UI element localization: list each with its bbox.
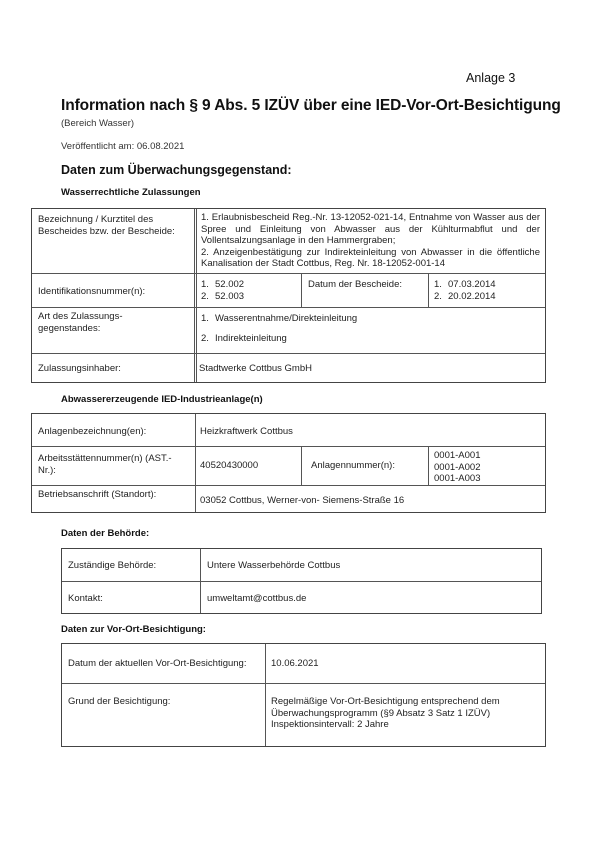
- row-divider: [32, 446, 545, 447]
- plant-number-item: 0001-A001: [434, 450, 480, 462]
- inspection-date-value: 10.06.2021: [271, 658, 319, 670]
- inspection-reason-value: Regelmäßige Vor-Ort-Besichtigung entspre…: [271, 696, 500, 731]
- page-title: Information nach § 9 Abs. 5 IZÜV über ei…: [61, 97, 561, 115]
- competent-authority-label: Zuständige Behörde:: [68, 560, 156, 572]
- row-divider: [62, 581, 541, 582]
- row-divider: [32, 353, 545, 354]
- address-value: 03052 Cottbus, Werner-von- Siemens-Straß…: [200, 495, 404, 507]
- plant-number-item: 0001-A002: [434, 462, 480, 474]
- date-label: Datum der Bescheide:: [308, 279, 402, 291]
- row-divider: [32, 273, 545, 274]
- page-subtitle: (Bereich Wasser): [61, 118, 134, 129]
- type-values: 1.Wasserentnahme/Direkteinleitung 2.Indi…: [201, 313, 501, 344]
- annex-label: Anlage 3: [466, 71, 515, 85]
- workplace-label: Arbeitsstättennummer(n) (AST.-Nr.):: [38, 453, 178, 476]
- id-item: 1.52.002: [201, 279, 296, 291]
- inspection-reason-label: Grund der Besichtigung:: [68, 696, 170, 708]
- contact-email[interactable]: umweltamt@cottbus.de: [207, 593, 306, 605]
- plant-number-item: 0001-A003: [434, 473, 480, 485]
- authority-table: Zuständige Behörde: Untere Wasserbehörde…: [61, 548, 542, 614]
- authority-heading: Daten der Behörde:: [61, 528, 149, 539]
- section-heading-main: Daten zum Überwachungsgegenstand:: [61, 163, 292, 177]
- published-date: Veröffentlicht am: 06.08.2021: [61, 141, 184, 152]
- inspection-date-label: Datum der aktuellen Vor-Ort-Besichtigung…: [68, 658, 246, 670]
- row-divider: [62, 683, 545, 684]
- column-divider: [428, 274, 429, 307]
- designation-label: Bezeichnung / Kurztitel des Bescheides b…: [38, 214, 188, 237]
- row-divider: [32, 485, 545, 486]
- installation-table: Anlagenbezeichnung(en): Heizkraftwerk Co…: [31, 413, 546, 513]
- inspection-heading: Daten zur Vor-Ort-Besichtigung:: [61, 624, 206, 635]
- column-divider: [301, 447, 302, 485]
- id-label: Identifikationsnummer(n):: [38, 286, 145, 298]
- column-divider: [301, 274, 302, 307]
- column-divider: [194, 209, 197, 382]
- designation-item-2: 2. Anzeigenbestätigung zur Indirekteinle…: [201, 247, 540, 270]
- column-divider: [265, 644, 266, 746]
- row-divider: [32, 307, 545, 308]
- column-divider: [195, 414, 196, 512]
- competent-authority-value: Untere Wasserbehörde Cottbus: [207, 560, 340, 572]
- date-item: 2.20.02.2014: [434, 291, 534, 303]
- holder-label: Zulassungsinhaber:: [38, 363, 121, 375]
- type-item: 2.Indirekteinleitung: [201, 333, 501, 345]
- inspection-table: Datum der aktuellen Vor-Ort-Besichtigung…: [61, 643, 546, 747]
- holder-value: Stadtwerke Cottbus GmbH: [199, 363, 312, 375]
- date-item: 1.07.03.2014: [434, 279, 534, 291]
- type-label: Art des Zulassungs-gegenstandes:: [38, 311, 158, 334]
- plant-number-label: Anlagennummer(n):: [311, 460, 395, 472]
- designation-value: 1. Erlaubnisbescheid Reg.-Nr. 13-12052-0…: [201, 212, 540, 270]
- type-item: 1.Wasserentnahme/Direkteinleitung: [201, 313, 501, 325]
- permits-heading: Wasserrechtliche Zulassungen: [61, 187, 201, 198]
- date-values: 1.07.03.2014 2.20.02.2014: [434, 279, 534, 302]
- address-label: Betriebsanschrift (Standort):: [38, 489, 178, 501]
- id-item: 2.52.003: [201, 291, 296, 303]
- installation-name-value: Heizkraftwerk Cottbus: [200, 426, 293, 438]
- installation-name-label: Anlagenbezeichnung(en):: [38, 426, 146, 438]
- workplace-value: 40520430000: [200, 460, 258, 472]
- id-values: 1.52.002 2.52.003: [201, 279, 296, 302]
- permits-table: Bezeichnung / Kurztitel des Bescheides b…: [31, 208, 546, 383]
- designation-item-1: 1. Erlaubnisbescheid Reg.-Nr. 13-12052-0…: [201, 212, 540, 247]
- contact-label: Kontakt:: [68, 593, 103, 605]
- column-divider: [428, 447, 429, 485]
- installation-heading: Abwassererzeugende IED-Industrieanlage(n…: [61, 394, 263, 405]
- plant-number-values: 0001-A001 0001-A002 0001-A003: [434, 450, 480, 485]
